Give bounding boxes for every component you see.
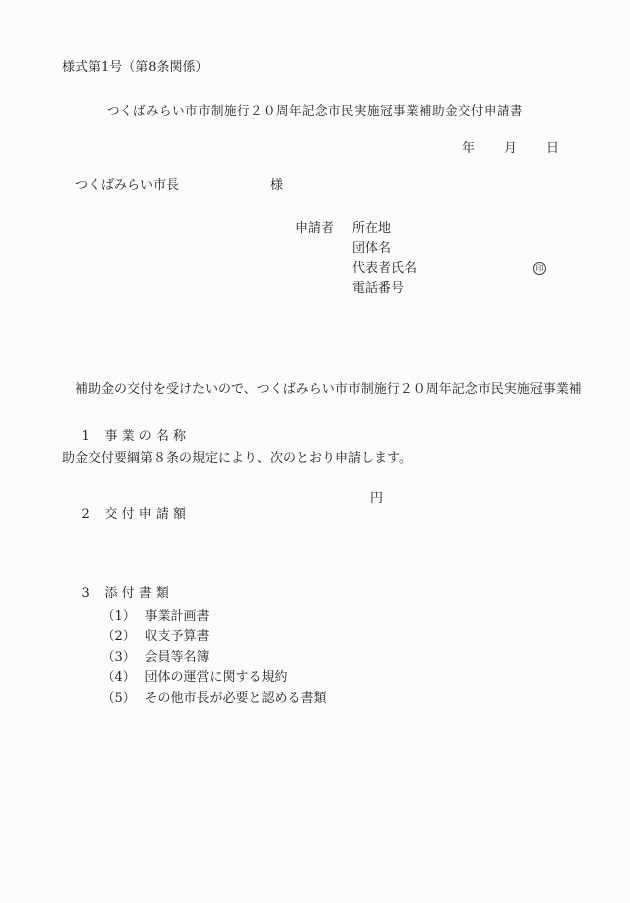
section1-number: 1 [82, 429, 105, 445]
applicant-label: 申請者 [295, 221, 334, 237]
section-project-name: 1事 業 の 名 称 [65, 413, 186, 462]
section2-title: 交 付 申 請 額 [105, 507, 187, 522]
date-day-label: 日 [546, 141, 559, 157]
applicant-field-phone: 電話番号 [352, 281, 404, 297]
seal-mark-icon: 印 [533, 262, 546, 275]
date-month-label: 月 [504, 141, 517, 157]
attachment5-label: その他市長が必要と認める書類 [145, 691, 327, 706]
section2-number: 2 [82, 507, 105, 523]
applicant-field-address: 所在地 [352, 221, 391, 237]
addressee-name: つくばみらい市長 [75, 178, 179, 194]
applicant-field-organization: 団体名 [352, 241, 391, 257]
section1-title: 事 業 の 名 称 [105, 429, 187, 444]
applicant-field-representative: 代表者氏名 [352, 261, 417, 277]
document-page: 様式第1号（第8条関係） つくばみらい市市制施行２０周年記念市民実施冠事業補助金… [0, 0, 630, 903]
date-year-label: 年 [462, 141, 475, 157]
attachment-item: （5）その他市長が必要と認める書類 [85, 675, 327, 724]
body-paragraph-line1: 補助金の交付を受けたいので、つくばみらい市市制施行２０周年記念市民実施冠事業補 [62, 378, 582, 401]
addressee-honorific: 様 [270, 178, 283, 194]
form-number: 様式第1号（第8条関係） [62, 60, 209, 76]
document-title: つくばみらい市市制施行２０周年記念市民実施冠事業補助金交付申請書 [0, 103, 630, 119]
section-application-amount: 2交 付 申 請 額 [65, 491, 186, 540]
attachment5-number: （5） [102, 691, 145, 707]
amount-unit-label: 円 [370, 491, 383, 507]
date-line: 年 月 日 [462, 141, 559, 157]
